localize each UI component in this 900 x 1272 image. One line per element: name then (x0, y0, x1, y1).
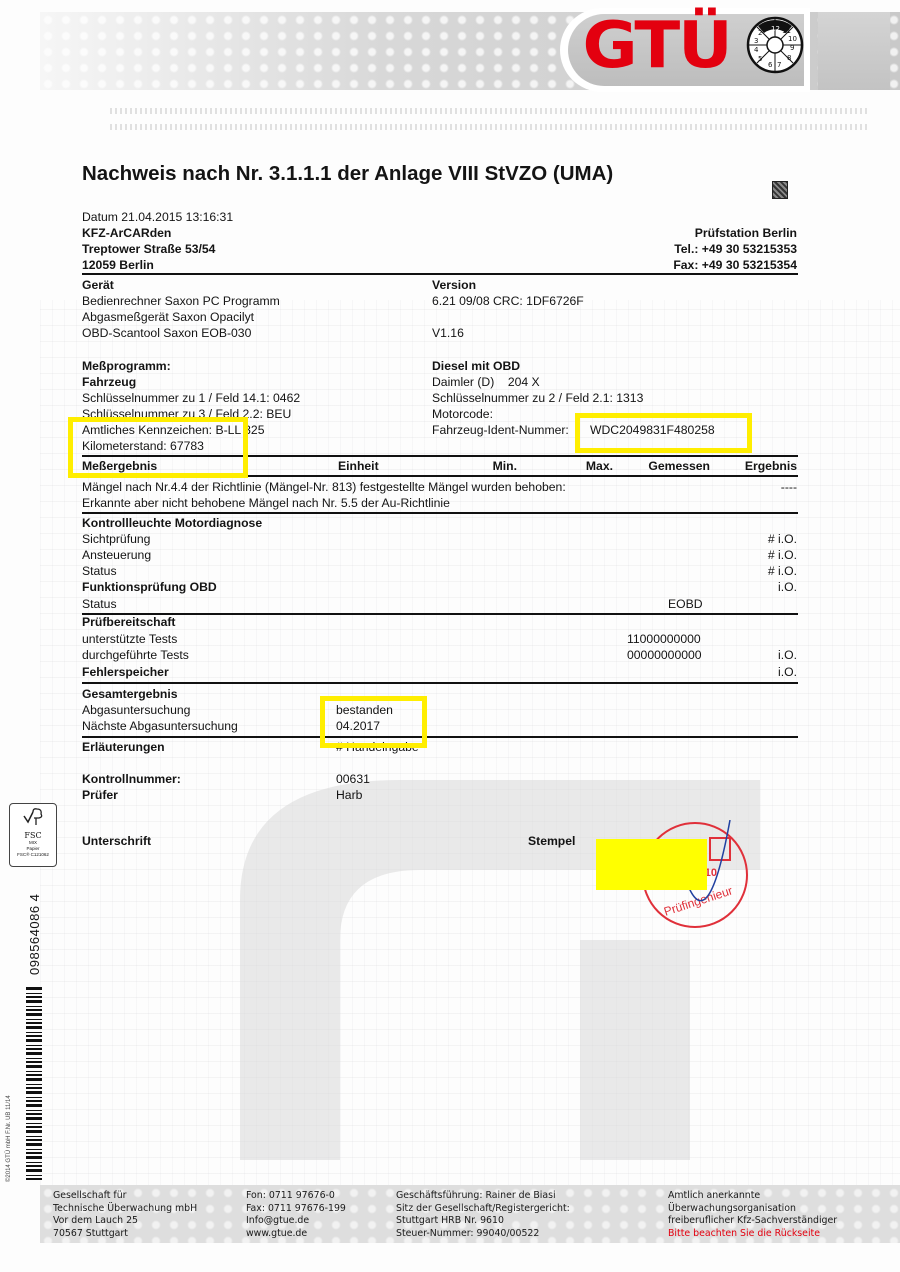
vin-label: Fahrzeug-Ident-Nummer: (432, 422, 569, 438)
svg-text:3: 3 (754, 37, 758, 45)
row-label: Ansteuerung (82, 547, 151, 563)
svg-text:5: 5 (758, 55, 762, 63)
footer-management: Geschäftsführung: Rainer de Biasi Sitz d… (396, 1190, 570, 1240)
overall-label: Abgasuntersuchung (82, 702, 190, 718)
svg-text:2: 2 (758, 29, 762, 37)
row-result: i.O. (778, 647, 797, 663)
overall-title: Gesamtergebnis (82, 686, 178, 702)
row-label: Sichtprüfung (82, 531, 150, 547)
row-result: # i.O. (768, 547, 797, 563)
svg-text:7: 7 (777, 61, 781, 69)
divider (82, 512, 798, 514)
col-header-outcome: Ergebnis (745, 458, 797, 474)
section-title: Kontrollleuchte Motordiagnose (82, 515, 262, 531)
program-label: Meßprogramm: (82, 358, 171, 374)
row-measured: EOBD (668, 596, 703, 612)
devices-header: Gerät (82, 277, 114, 293)
row-result: # i.O. (768, 563, 797, 579)
workshop-city: 12059 Berlin (82, 257, 154, 273)
fsc-label: FSC (10, 831, 56, 840)
row-result: # i.O. (768, 531, 797, 547)
footer-company: Gesellschaft für Technische Überwachung … (53, 1190, 197, 1240)
svg-text:11: 11 (782, 27, 791, 35)
footer-web-link[interactable]: www.gtue.de (246, 1228, 346, 1241)
divider (82, 613, 798, 615)
defects-unfixed: Erkannte aber nicht behobene Mängel nach… (82, 495, 450, 511)
col-header-measured: Gemessen (648, 458, 710, 474)
serial-number: 098564086 4 (27, 894, 42, 975)
divider (82, 736, 798, 738)
device-version: V1.16 (432, 325, 464, 341)
inspector-value: Harb (336, 787, 362, 803)
section-result: i.O. (778, 664, 797, 680)
col-header-max: Max. (586, 458, 613, 474)
motorcode-label: Motorcode: (432, 406, 493, 422)
workshop-street: Treptower Straße 53/54 (82, 241, 215, 257)
device-version: 6.21 09/08 CRC: 1DF6726F (432, 293, 584, 309)
workshop-name: KFZ-ArCARden (82, 225, 171, 241)
svg-text:10: 10 (788, 35, 797, 43)
section-title: Fehlerspeicher (82, 664, 169, 680)
qr-code-icon (772, 181, 788, 199)
svg-text:9: 9 (790, 44, 794, 52)
row-label: Status (82, 563, 117, 579)
row-label: unterstützte Tests (82, 631, 177, 647)
signature-label: Unterschrift (82, 833, 151, 849)
banner-right-block (818, 12, 890, 90)
highlight-vin (575, 413, 752, 453)
tree-icon (22, 808, 44, 826)
row-label: Status (82, 596, 117, 612)
footer-contact: Fon: 0711 97676-0 Fax: 0711 97676-199 In… (246, 1190, 346, 1240)
svg-text:8: 8 (787, 54, 791, 62)
svg-text:4: 4 (754, 46, 759, 54)
svg-text:12: 12 (771, 25, 780, 33)
row-label: durchgeführte Tests (82, 647, 189, 663)
fsc-logo: FSC MIX Papier FSC® C121062 (9, 803, 57, 867)
divider (82, 273, 798, 275)
gtue-watermark (200, 740, 820, 1160)
device-name: Bedienrechner Saxon PC Programm (82, 293, 280, 309)
vehicle-label: Fahrzeug (82, 374, 136, 390)
highlight-plate-mileage (68, 417, 248, 478)
section-title: Prüfbereitschaft (82, 614, 175, 630)
control-number-value: 00631 (336, 771, 370, 787)
station-name: Prüfstation Berlin (695, 225, 797, 241)
defects-fixed: Mängel nach Nr.4.4 der Richtlinie (Mänge… (82, 479, 566, 495)
highlight-result (320, 696, 427, 748)
inspector-label: Prüfer (82, 787, 118, 803)
fsc-code: FSC® C121062 (10, 852, 56, 858)
section-result: i.O. (778, 579, 797, 595)
device-name: Abgasmeßgerät Saxon Opacilyt (82, 309, 254, 325)
document-title: Nachweis nach Nr. 3.1.1.1 der Anlage VII… (82, 162, 613, 186)
key-number-2: Schlüsselnummer zu 2 / Feld 2.1: 1313 (432, 390, 643, 406)
footer-email-link[interactable]: Info@gtue.de (246, 1215, 346, 1228)
bleed-through-text (110, 96, 870, 136)
notes-label: Erläuterungen (82, 739, 165, 755)
divider (82, 682, 798, 684)
version-header: Version (432, 277, 476, 293)
control-number-label: Kontrollnummer: (82, 771, 181, 787)
footer-recognition: Amtlich anerkannte Überwachungsorganisat… (668, 1190, 837, 1240)
section-title: Funktionsprüfung OBD (82, 579, 217, 595)
inspection-plakette-icon: 121110 987 654 32 (746, 16, 804, 74)
station-tel: Tel.: +49 30 53215353 (674, 241, 797, 257)
device-name: OBD-Scantool Saxon EOB-030 (82, 325, 251, 341)
program-value: Diesel mit OBD (432, 358, 520, 374)
row-measured: 00000000000 (627, 647, 702, 663)
defects-fixed-result: ---- (781, 479, 797, 495)
logo-text: GTÜ (582, 10, 730, 82)
row-measured: 11000000000 (627, 631, 701, 647)
vehicle-make: Daimler (D) 204 X (432, 374, 540, 390)
overall-label: Nächste Abgasuntersuchung (82, 718, 238, 734)
datum: Datum 21.04.2015 13:16:31 (82, 209, 233, 225)
barcode (26, 985, 42, 1180)
stamp-label: Stempel (528, 833, 575, 849)
footer-notice: Bitte beachten Sie die Rückseite (668, 1228, 837, 1241)
redacted-stamp-area (596, 839, 707, 890)
svg-text:6: 6 (768, 61, 773, 69)
copyright: ©2014 GTÜ mbH F.Nr. UB 11/14 (6, 1095, 12, 1182)
col-header-min: Min. (493, 458, 517, 474)
col-header-unit: Einheit (338, 458, 379, 474)
station-fax: Fax: +49 30 53215354 (673, 257, 797, 273)
key-number-1: Schlüsselnummer zu 1 / Feld 14.1: 0462 (82, 390, 300, 406)
